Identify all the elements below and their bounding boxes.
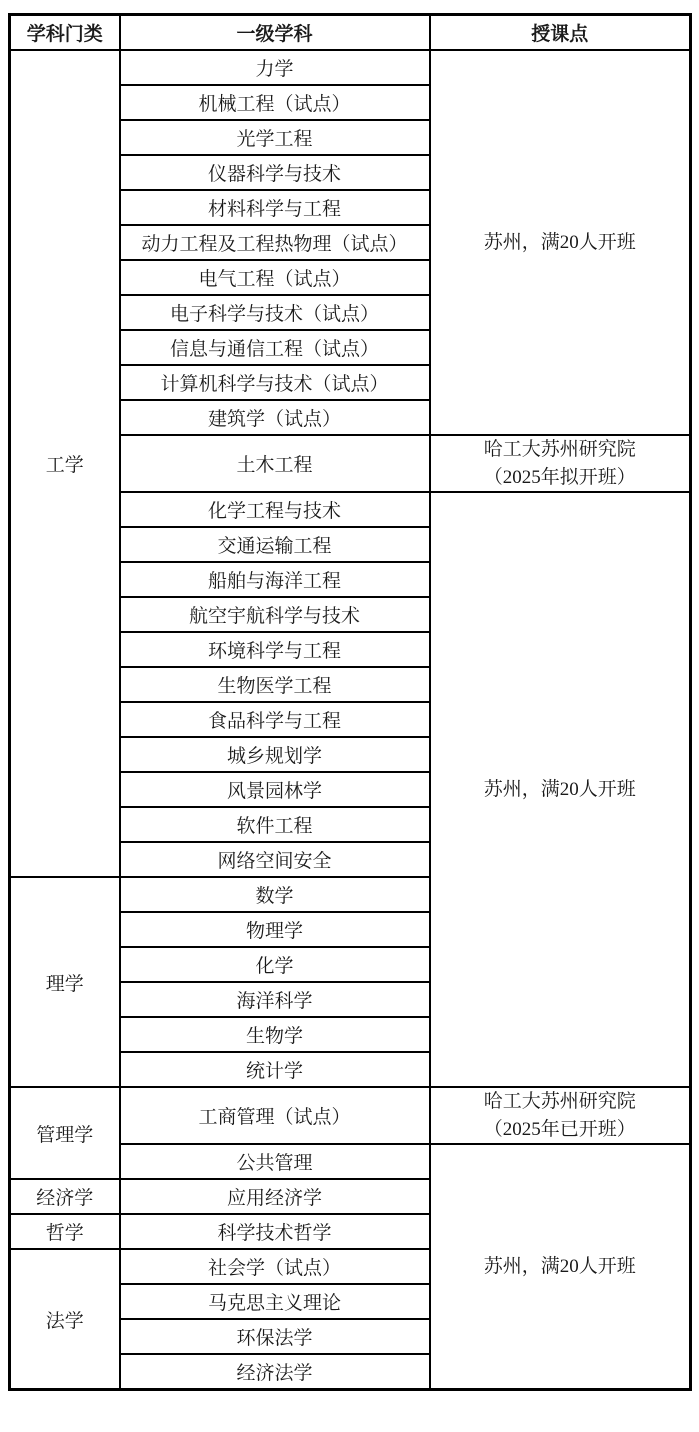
table-body: 工学力学苏州，满20人开班机械工程（试点）光学工程仪器科学与技术材料科学与工程动… (10, 50, 691, 1390)
header-location: 授课点 (430, 15, 691, 51)
discipline-cell: 土木工程 (120, 435, 430, 492)
header-category: 学科门类 (10, 15, 120, 51)
discipline-cell: 环境科学与工程 (120, 632, 430, 667)
discipline-cell: 计算机科学与技术（试点） (120, 365, 430, 400)
table-row: 管理学工商管理（试点）哈工大苏州研究院（2025年已开班） (10, 1087, 691, 1144)
discipline-cell: 船舶与海洋工程 (120, 562, 430, 597)
discipline-cell: 生物医学工程 (120, 667, 430, 702)
table-row: 工学力学苏州，满20人开班 (10, 50, 691, 85)
discipline-cell: 网络空间安全 (120, 842, 430, 877)
discipline-cell: 社会学（试点） (120, 1249, 430, 1284)
discipline-cell: 应用经济学 (120, 1179, 430, 1214)
location-line: 哈工大苏州研究院 (435, 436, 686, 464)
discipline-cell: 电子科学与技术（试点） (120, 295, 430, 330)
category-cell: 工学 (10, 50, 120, 877)
discipline-cell: 建筑学（试点） (120, 400, 430, 435)
location-line: 哈工大苏州研究院 (435, 1088, 686, 1116)
discipline-cell: 经济法学 (120, 1354, 430, 1390)
discipline-cell: 软件工程 (120, 807, 430, 842)
location-line: 苏州，满20人开班 (435, 229, 686, 257)
discipline-cell: 交通运输工程 (120, 527, 430, 562)
discipline-cell: 工商管理（试点） (120, 1087, 430, 1144)
discipline-cell: 航空宇航科学与技术 (120, 597, 430, 632)
category-cell: 法学 (10, 1249, 120, 1390)
discipline-cell: 公共管理 (120, 1144, 430, 1179)
table-header: 学科门类 一级学科 授课点 (10, 15, 691, 51)
discipline-cell: 食品科学与工程 (120, 702, 430, 737)
discipline-cell: 电气工程（试点） (120, 260, 430, 295)
location-cell: 苏州，满20人开班 (430, 1144, 691, 1390)
discipline-cell: 动力工程及工程热物理（试点） (120, 225, 430, 260)
discipline-cell: 仪器科学与技术 (120, 155, 430, 190)
location-line: 苏州，满20人开班 (435, 1253, 686, 1281)
category-cell: 管理学 (10, 1087, 120, 1179)
category-cell: 理学 (10, 877, 120, 1087)
discipline-cell: 马克思主义理论 (120, 1284, 430, 1319)
disciplines-table: 学科门类 一级学科 授课点 工学力学苏州，满20人开班机械工程（试点）光学工程仪… (8, 13, 692, 1391)
location-cell: 苏州，满20人开班 (430, 50, 691, 435)
discipline-cell: 力学 (120, 50, 430, 85)
discipline-cell: 环保法学 (120, 1319, 430, 1354)
disciplines-table-container: 学科门类 一级学科 授课点 工学力学苏州，满20人开班机械工程（试点）光学工程仪… (8, 13, 692, 1391)
discipline-cell: 光学工程 (120, 120, 430, 155)
discipline-cell: 化学 (120, 947, 430, 982)
discipline-cell: 科学技术哲学 (120, 1214, 430, 1249)
discipline-cell: 信息与通信工程（试点） (120, 330, 430, 365)
location-cell: 哈工大苏州研究院（2025年拟开班） (430, 435, 691, 492)
location-line: 苏州，满20人开班 (435, 776, 686, 804)
discipline-cell: 风景园林学 (120, 772, 430, 807)
discipline-cell: 统计学 (120, 1052, 430, 1087)
location-line: （2025年已开班） (435, 1116, 686, 1144)
location-line: （2025年拟开班） (435, 464, 686, 492)
header-discipline: 一级学科 (120, 15, 430, 51)
location-cell: 哈工大苏州研究院（2025年已开班） (430, 1087, 691, 1144)
discipline-cell: 海洋科学 (120, 982, 430, 1017)
discipline-cell: 物理学 (120, 912, 430, 947)
category-cell: 经济学 (10, 1179, 120, 1214)
discipline-cell: 数学 (120, 877, 430, 912)
discipline-cell: 材料科学与工程 (120, 190, 430, 225)
discipline-cell: 机械工程（试点） (120, 85, 430, 120)
discipline-cell: 生物学 (120, 1017, 430, 1052)
header-row: 学科门类 一级学科 授课点 (10, 15, 691, 51)
discipline-cell: 城乡规划学 (120, 737, 430, 772)
category-cell: 哲学 (10, 1214, 120, 1249)
location-cell: 苏州，满20人开班 (430, 492, 691, 1087)
discipline-cell: 化学工程与技术 (120, 492, 430, 527)
